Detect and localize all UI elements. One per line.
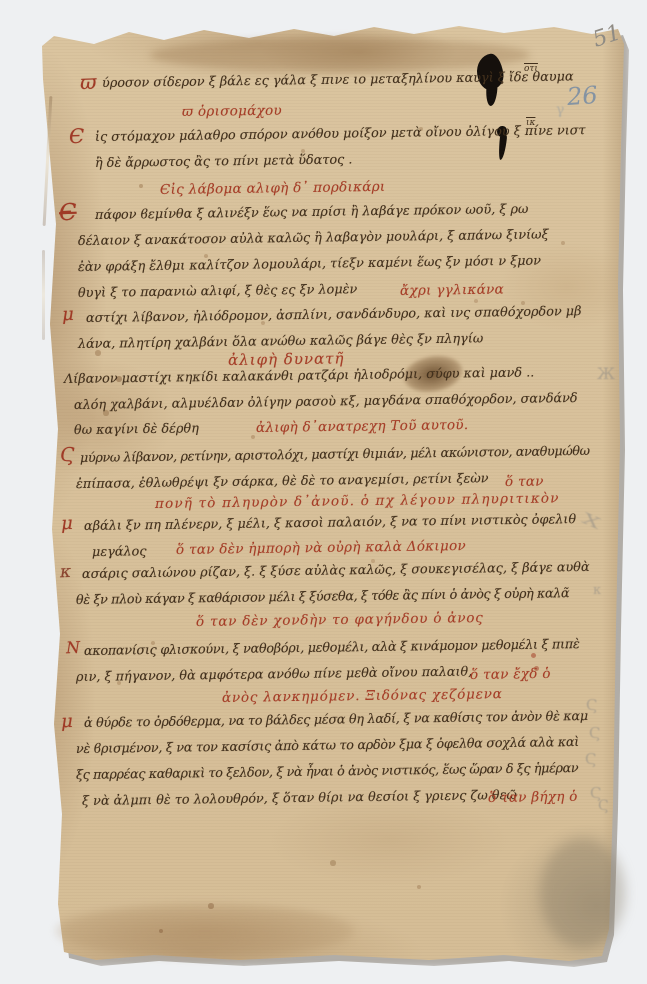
- margin-mark: κ: [593, 583, 601, 598]
- margin-mark: Ϛ: [589, 724, 600, 742]
- paragraph-initial: Є: [59, 200, 78, 227]
- paragraph-initial: Ν: [66, 638, 81, 657]
- rubric-heading: ὅ ταν βήχη ὁ: [488, 789, 578, 806]
- foxing-spots: [0, 0, 2, 2]
- rubric-heading: ἀλιφὴ δ᾽ανατρεχη Τοῦ αυτοῦ.: [256, 417, 469, 436]
- body-text-line: μεγάλος: [92, 544, 147, 560]
- scanned-manuscript-page: 51 26 Ж Χ κ Ϛ Ϛ Ϛ Ϛ Ϛ γ ϖ ύροσον σίδερον…: [0, 0, 647, 984]
- margin-mark: Ϛ: [598, 798, 609, 814]
- red-ink-dot: [531, 653, 536, 658]
- rubric-heading: ἀλιφὴ δυνατῆ: [228, 349, 345, 369]
- paragraph-initial: μ: [62, 304, 74, 325]
- margin-mark: Ϛ: [585, 750, 596, 768]
- superscript-abbreviation: οτι: [524, 64, 538, 74]
- paragraph-initial: κ: [60, 562, 72, 582]
- rubric-heading: ὅ ταν: [505, 473, 544, 490]
- rubric-heading: ὅ ταν ἔχδ ὁ: [470, 666, 551, 683]
- paragraph-initial: μ: [61, 711, 73, 732]
- paper-crease: [42, 250, 45, 340]
- body-text-line: θω καγίνι δὲ δέρθη: [74, 421, 199, 438]
- paragraph-initial: Ϛ: [60, 444, 75, 466]
- paragraph-initial: Є: [69, 124, 85, 149]
- rubric-heading: ϖ ὁρισομάχου: [182, 103, 282, 120]
- margin-mark: γ: [556, 102, 564, 118]
- rubric-heading: Єἰς λάβομα αλιφὴ δ᾽ πορδικάρι: [160, 179, 386, 198]
- folio-number-crayon: 26: [566, 81, 598, 111]
- superscript-abbreviation: ικ: [526, 118, 535, 128]
- margin-mark: Ж: [597, 364, 615, 383]
- paragraph-initial: μ: [61, 513, 73, 534]
- paragraph-initial: ϖ: [80, 70, 97, 95]
- rubric-heading: ἄχρι γγλικάνα: [400, 282, 504, 299]
